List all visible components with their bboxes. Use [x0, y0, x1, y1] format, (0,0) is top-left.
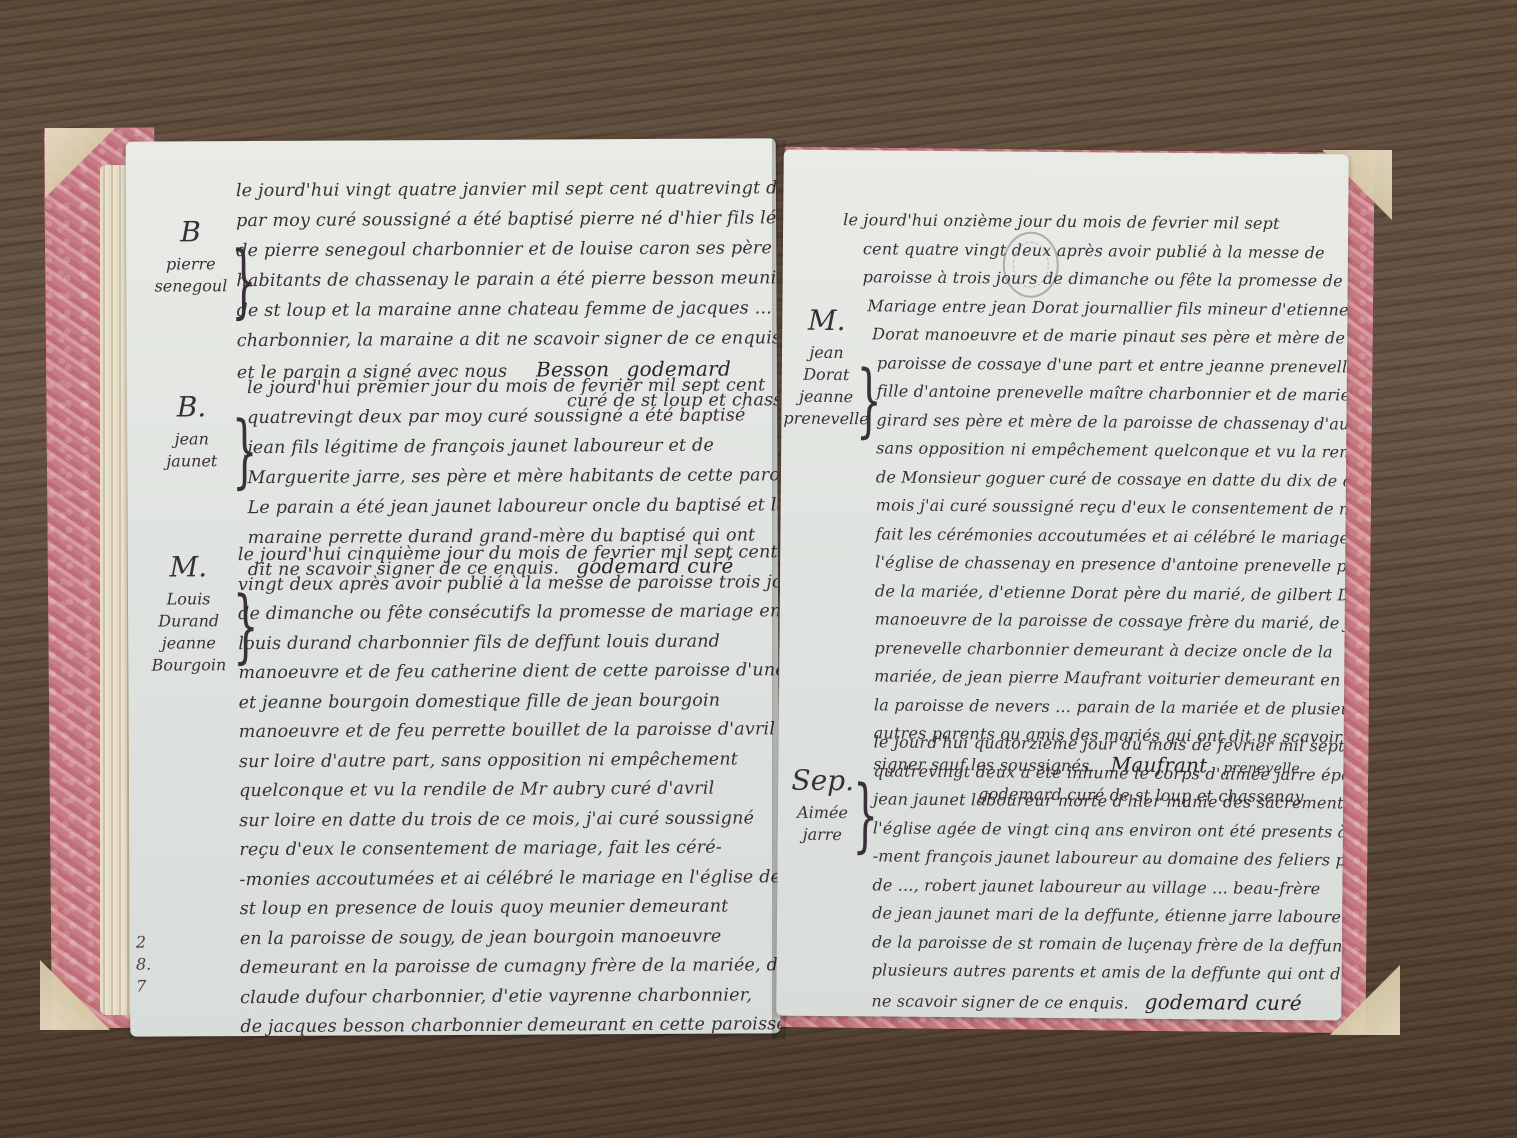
entry-text: le jourd'hui onzième jour du mois de fev… [838, 206, 1349, 812]
photo-scene: B pierre senegoul } le jourd'hui vingt q… [0, 0, 1517, 1138]
entry-text: le jourd'hui cinquième jour du mois de f… [238, 538, 781, 1037]
margin-note-baptism-jaunet: B. jean jaunet [149, 396, 234, 472]
left-page: B pierre senegoul } le jourd'hui vingt q… [126, 138, 781, 1036]
margin-note-baptism-senegoul: B pierre senegoul [148, 221, 233, 297]
margin-note-marriage-durand: M. Louis Durand jeanne Bourgoin [146, 556, 232, 676]
right-page: M. jean Dorat jeanne prenevelle } le jou… [776, 150, 1349, 1021]
page-edge-marks: 2 8. 7 [136, 932, 152, 998]
signature: godemard curé [1145, 989, 1302, 1014]
entry-text: le jourd'hui quatorzième jour du mois de… [871, 728, 1349, 1020]
